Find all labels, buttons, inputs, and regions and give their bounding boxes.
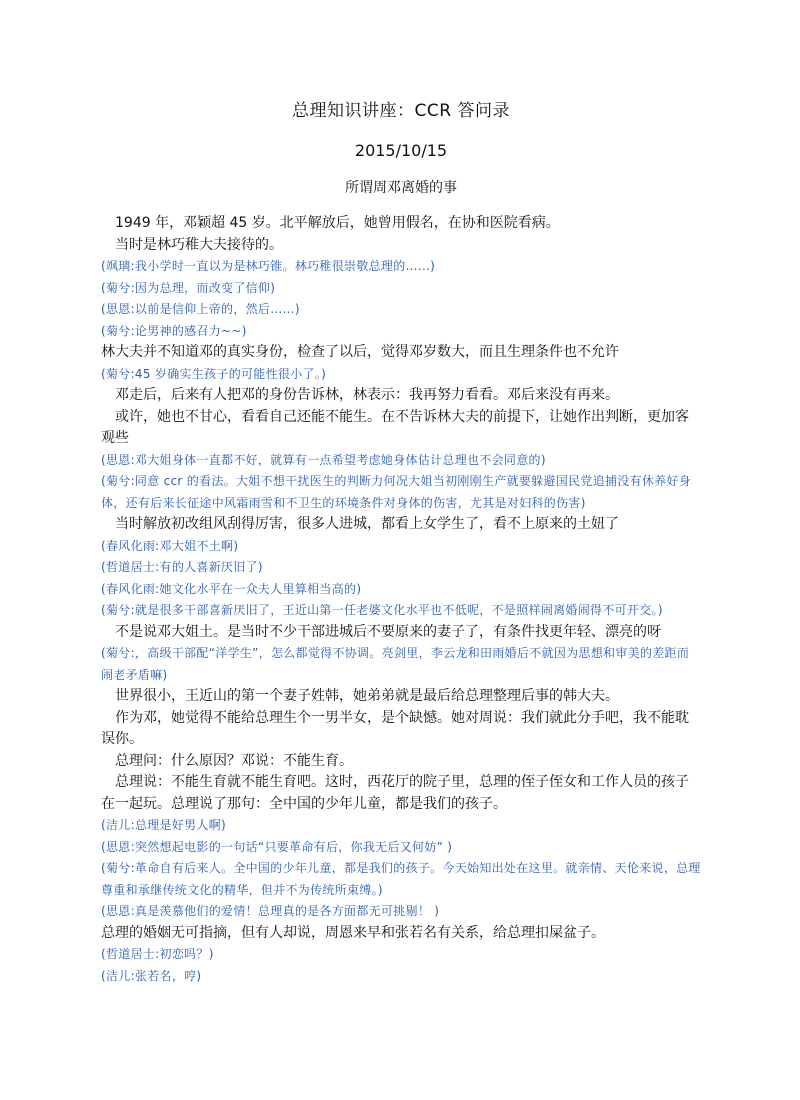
reader-comment: (飒璃:我小学时一直以为是林巧锥。林巧稚很崇敬总理的……) (101, 256, 701, 278)
reader-comment: (春风化雨:邓大姐不土啊) (101, 536, 701, 558)
reader-comment: (洁儿:总理是好男人啊) (101, 815, 701, 837)
reader-comment: (菊兮:，高级干部配“洋学生”，怎么都觉得不协调。亮剑里，李云龙和田雨婚后不就因… (101, 643, 701, 686)
reader-comment: (菊兮:45 岁确实生孩子的可能性很小了。) (101, 364, 701, 386)
reader-comment: (菊兮:论男神的感召力~~) (101, 321, 701, 343)
reader-comment: (思恩:真是羡慕他们的爱情！总理真的是各方面都无可挑剔！ ) (101, 901, 701, 923)
reader-comment: (菊兮:因为总理，而改变了信仰) (101, 278, 701, 300)
body-paragraph: 不是说邓大姐土。是当时不少干部进城后不要原来的妻子了，有条件找更年轻、漂亮的呀 (101, 622, 701, 644)
body-paragraph: 邓走后，后来有人把邓的身份告诉林，林表示：我再努力看看。邓后来没有再来。 (101, 385, 701, 407)
document-date: 2015/10/15 (101, 141, 701, 160)
reader-comment: (洁儿:张若名，哼) (101, 966, 701, 988)
body-paragraph: 总理的婚姻无可指摘，但有人却说，周恩来早和张若名有关系，给总理扣屎盆子。 (101, 923, 701, 945)
body-paragraph: 当时解放初改组风刮得厉害，很多人进城，都看上女学生了，看不上原来的土妞了 (101, 514, 701, 536)
reader-comment: (思恩:邓大姐身体一直都不好，就算有一点希望考虑她身体估计总理也不会同意的) (101, 450, 701, 472)
reader-comment: (春风化雨:她文化水平在一众夫人里算相当高的) (101, 579, 701, 601)
reader-comment: (菊兮:就是很多干部喜新厌旧了，王近山第一任老婆文化水平也不低呢，不是照样闹离婚… (101, 600, 701, 622)
body-paragraph: 总理说：不能生育就不能生育吧。这时，西花厅的院子里，总理的侄子侄女和工作人员的孩… (101, 772, 701, 815)
reader-comment: (思恩:突然想起电影的一句话“只要革命有后，你我无后又何妨” ) (101, 837, 701, 859)
body-paragraph: 世界很小，王近山的第一个妻子姓韩，她弟弟就是最后给总理整理后事的韩大夫。 (101, 686, 701, 708)
document-body: 1949 年，邓颖超 45 岁。北平解放后，她曾用假名，在协和医院看病。当时是林… (101, 213, 701, 987)
body-paragraph: 总理问：什么原因？邓说：不能生育。 (101, 751, 701, 773)
reader-comment: (哲道居士:初恋吗？) (101, 944, 701, 966)
document-title: 总理知识讲座：CCR 答问录 (101, 96, 701, 121)
reader-comment: (哲道居士:有的人喜新厌旧了) (101, 557, 701, 579)
body-paragraph: 1949 年，邓颖超 45 岁。北平解放后，她曾用假名，在协和医院看病。 (101, 213, 701, 235)
reader-comment: (菊兮:同意 ccr 的看法。大姐不想干扰医生的判断力何况大姐当初刚刚生产就要躲… (101, 471, 701, 514)
body-paragraph: 作为邓，她觉得不能给总理生个一男半女，是个缺憾。她对周说：我们就此分手吧，我不能… (101, 708, 701, 751)
body-paragraph: 当时是林巧稚大夫接待的。 (101, 235, 701, 257)
body-paragraph: 林大夫并不知道邓的真实身份，检查了以后，觉得邓岁数大，而且生理条件也不允许 (101, 342, 701, 364)
reader-comment: (菊兮:革命自有后来人。全中国的少年儿童，都是我们的孩子。今天始知出处在这里。就… (101, 858, 701, 901)
reader-comment: (思恩:以前是信仰上帝的，然后……) (101, 299, 701, 321)
document-subtitle: 所谓周邓离婚的事 (101, 177, 701, 197)
body-paragraph: 或许，她也不甘心，看看自己还能不能生。在不告诉林大夫的前提下，让她作出判断，更加… (101, 407, 701, 450)
